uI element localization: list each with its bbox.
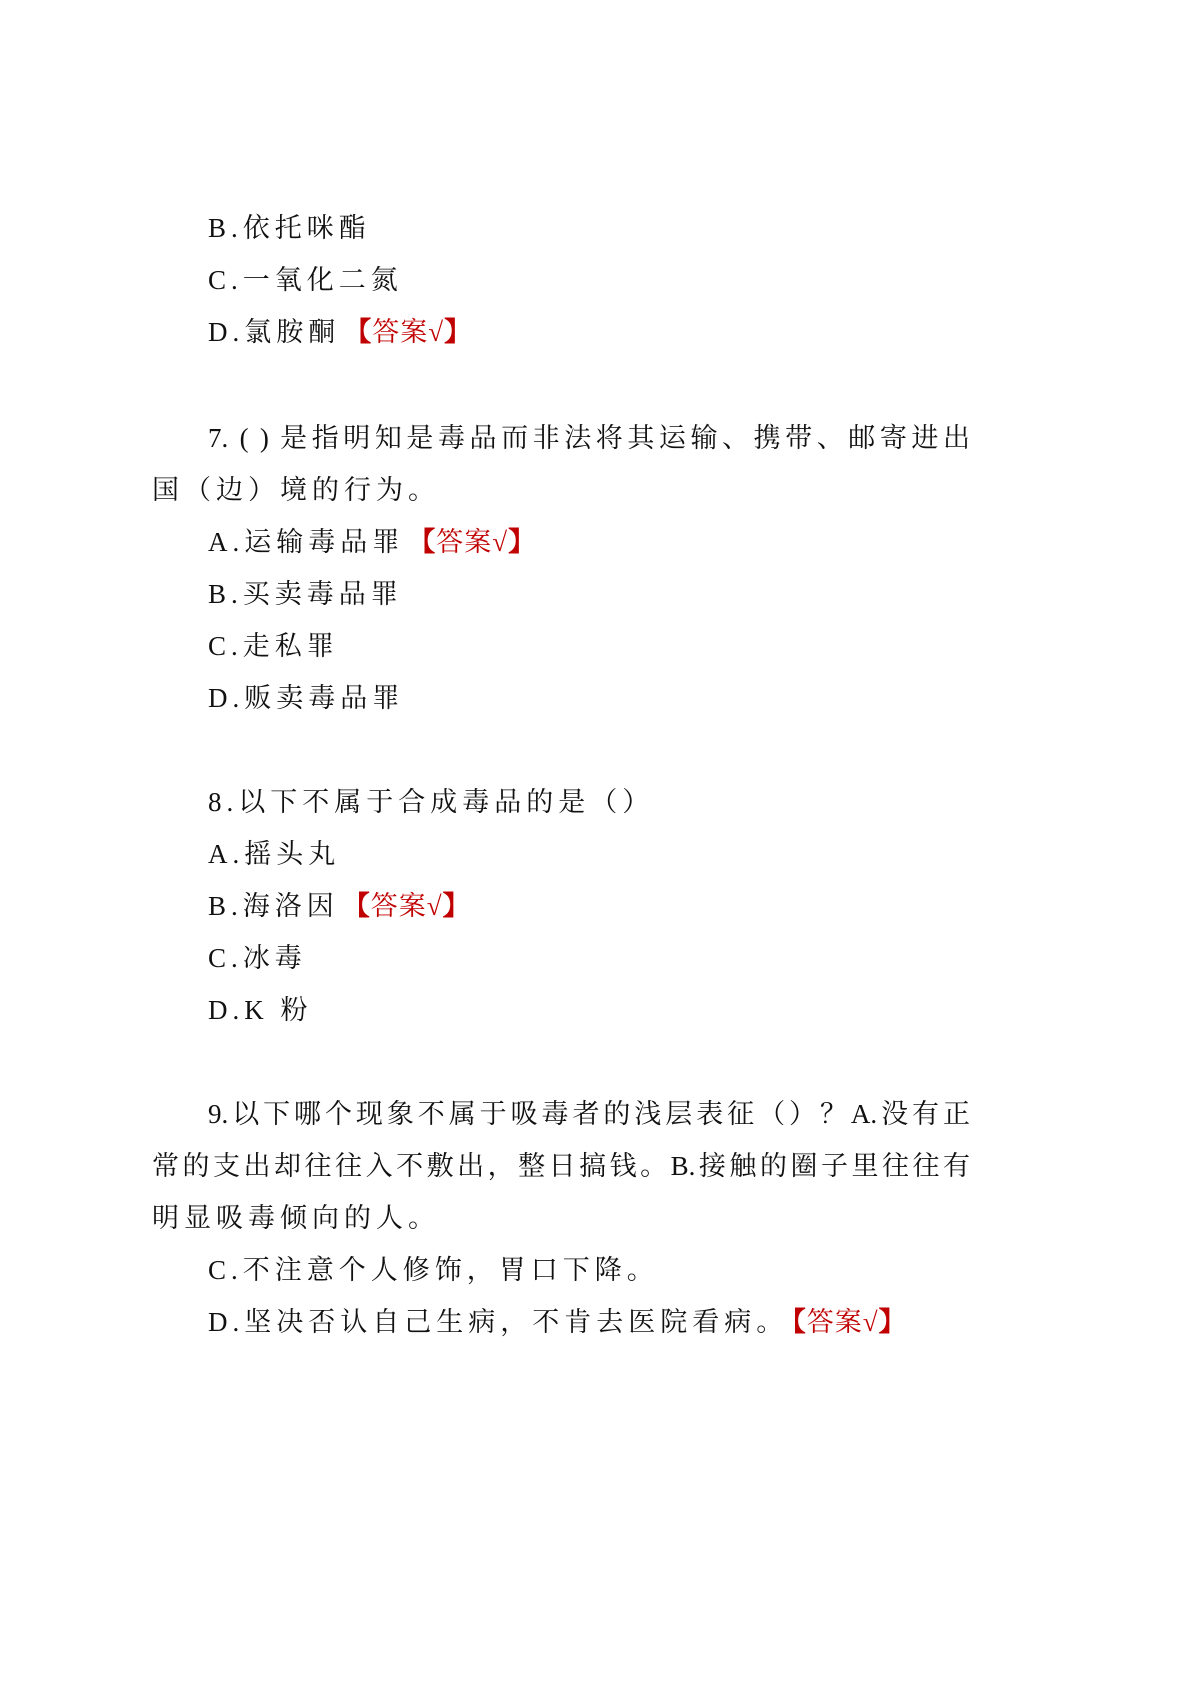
answer-bracket-close: 】 <box>508 527 536 557</box>
q7-option-a: A.运输毒品罪【答案√】 <box>208 524 536 560</box>
q7-stem-line2: 国（边）境的行为。 <box>152 472 440 508</box>
option-text: 买卖毒品罪 <box>243 579 403 609</box>
answer-label: 答案√ <box>371 891 443 921</box>
option-letter: C. <box>208 943 243 973</box>
q6-option-d: D.氯胺酮【答案√】 <box>208 314 472 350</box>
answer-bracket-open: 【 <box>792 1307 807 1337</box>
answer-label: 答案√ <box>372 317 444 347</box>
option-text: 氯胺酮 <box>244 317 340 347</box>
answer-mark: 【答案√】 <box>792 1307 906 1337</box>
option-text: 走私罪 <box>243 631 339 661</box>
option-text: 冰毒 <box>243 943 307 973</box>
q7-option-c: C.走私罪 <box>208 628 339 664</box>
answer-bracket-close: 】 <box>879 1307 907 1337</box>
option-letter: A. <box>208 527 244 557</box>
option-letter: A. <box>208 839 244 869</box>
option-text: 坚决否认自己生病，不肯去医院看病。 <box>244 1307 788 1337</box>
option-letter: D. <box>208 683 244 713</box>
q7-option-d: D.贩卖毒品罪 <box>208 680 404 716</box>
answer-bracket-close: 】 <box>444 317 472 347</box>
q8-option-d: D.K 粉 <box>208 992 313 1028</box>
q8-stem: 8.以下不属于合成毒品的是（） <box>208 784 654 820</box>
q8-option-a: A.摇头丸 <box>208 836 340 872</box>
answer-mark: 【答案√】 <box>408 527 536 557</box>
q7-option-b: B.买卖毒品罪 <box>208 576 403 612</box>
option-text: 摇头丸 <box>244 839 340 869</box>
q9-option-c: C.不注意个人修饰，胃口下降。 <box>208 1252 659 1288</box>
option-letter: B. <box>208 579 243 609</box>
q9-stem-line1: 9.以下哪个现象不属于吸毒者的浅层表征（）？A.没有正 <box>208 1096 970 1132</box>
q6-option-c: C.一氧化二氮 <box>208 262 403 298</box>
q9-stem-line3: 明显吸毒倾向的人。 <box>152 1200 440 1236</box>
option-letter: C. <box>208 265 243 295</box>
option-text: 运输毒品罪 <box>244 527 404 557</box>
option-letter: B. <box>208 213 243 243</box>
option-letter: D. <box>208 1307 244 1337</box>
q6-option-b: B.依托咪酯 <box>208 210 371 246</box>
answer-bracket-open: 【 <box>344 317 372 347</box>
q8-option-b: B.海洛因【答案√】 <box>208 888 471 924</box>
option-text: 海洛因 <box>243 891 339 921</box>
q9-option-d: D.坚决否认自己生病，不肯去医院看病。【答案√】 <box>208 1304 907 1340</box>
option-letter: B. <box>208 891 243 921</box>
q9-stem-line2: 常的支出却往往入不敷出，整日搞钱。B.接触的圈子里往往有 <box>152 1148 970 1184</box>
answer-bracket-close: 】 <box>443 891 471 921</box>
option-text: 不注意个人修饰，胃口下降。 <box>243 1255 659 1285</box>
answer-mark: 【答案√】 <box>344 317 472 347</box>
option-letter: C. <box>208 1255 243 1285</box>
answer-mark: 【答案√】 <box>343 891 471 921</box>
answer-bracket-open: 【 <box>408 527 436 557</box>
option-text: 依托咪酯 <box>243 213 371 243</box>
option-text: K 粉 <box>244 995 312 1025</box>
option-text: 一氧化二氮 <box>243 265 403 295</box>
option-letter: D. <box>208 995 244 1025</box>
option-text: 贩卖毒品罪 <box>244 683 404 713</box>
answer-bracket-open: 【 <box>343 891 371 921</box>
answer-label: 答案√ <box>807 1307 879 1337</box>
q8-option-c: C.冰毒 <box>208 940 307 976</box>
q7-stem-line1: 7. ( ) 是指明知是毒品而非法将其运输、携带、邮寄进出 <box>208 420 970 456</box>
option-letter: D. <box>208 317 244 347</box>
option-letter: C. <box>208 631 243 661</box>
answer-label: 答案√ <box>436 527 508 557</box>
